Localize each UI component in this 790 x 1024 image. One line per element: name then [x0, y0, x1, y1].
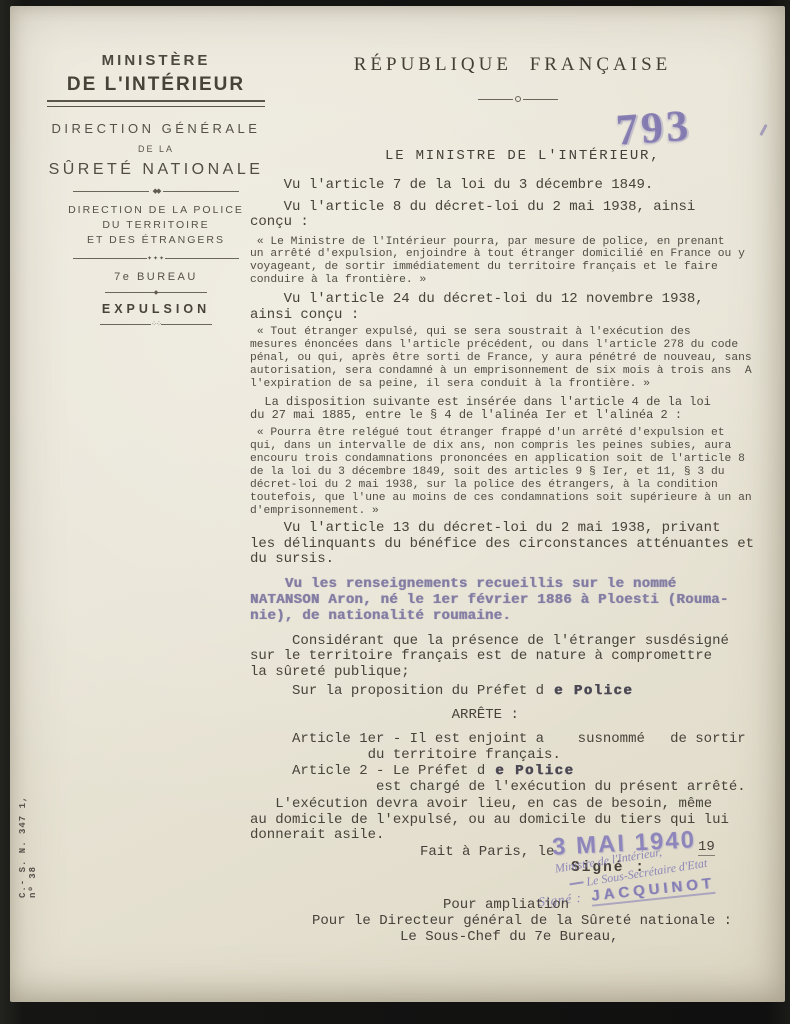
proposition-text: Sur la proposition du Préfet d — [250, 683, 544, 699]
letterhead-surete-nationale: SÛRETÉ NATIONALE — [45, 161, 267, 179]
document-body: Vu l'article 7 de la loi du 3 décembre 1… — [250, 178, 778, 844]
photo-background: C.- S. N. 347 1, nº 38 MINISTÈRE DE L'IN… — [0, 0, 790, 1024]
letterhead: MINISTÈRE DE L'INTÉRIEUR DIRECTION GÉNÉR… — [45, 52, 267, 333]
police-overstamp: e Police — [544, 683, 633, 699]
police-overstamp: e Police — [485, 763, 574, 779]
letterhead-etrangers: ET DES ÉTRANGERS — [45, 234, 267, 246]
minister-heading: LE MINISTRE DE L'INTÉRIEUR, — [385, 148, 660, 164]
paragraph-vu-art24: Vu l'article 24 du décret-loi du 12 nove… — [250, 292, 778, 323]
letterhead-bureau: 7e BUREAU — [45, 271, 267, 283]
pour-directeur: Pour le Directeur général de la Sûreté n… — [312, 913, 732, 929]
pen-mark — [759, 124, 767, 136]
letterhead-direction-generale: DIRECTION GÉNÉRALE — [45, 121, 267, 136]
article-2: Article 2 - Le Préfet d e Police est cha… — [250, 764, 778, 795]
paragraph-disposition: La disposition suivante est insérée dans… — [250, 396, 778, 423]
paragraph-considerant: Considérant que la présence de l'étrange… — [250, 634, 778, 681]
paragraph-vu-art13: Vu l'article 13 du décret-loi du 2 mai 1… — [250, 521, 778, 568]
paragraph-renseignements: Vu les renseignements recueillis sur le … — [250, 576, 778, 624]
form-reference-note: C.- S. N. 347 1, nº 38 — [18, 778, 38, 898]
letterhead-territoire: DU TERRITOIRE — [45, 219, 267, 231]
letterhead-direction-police: DIRECTION DE LA POLICE — [45, 204, 267, 216]
letterhead-interieur: DE L'INTÉRIEUR — [45, 74, 267, 96]
header-divider — [478, 96, 558, 102]
article-1: Article 1er - Il est enjoint a susnommé … — [250, 732, 778, 763]
document-page: C.- S. N. 347 1, nº 38 MINISTÈRE DE L'IN… — [10, 6, 785, 1002]
ornament-divider — [100, 320, 212, 329]
paragraph-vu-1938: Vu l'article 8 du décret-loi du 2 mai 19… — [250, 200, 778, 231]
arrete-heading: ARRÊTE : — [250, 708, 778, 724]
ornament-divider — [73, 187, 239, 196]
ornament-divider — [73, 254, 239, 263]
quote-soustrait: « Tout étranger expulsé, qui se sera sou… — [250, 326, 778, 391]
republic-title: RÉPUBLIQUE FRANÇAISE — [250, 54, 775, 76]
fait-a-paris: Fait à Paris, le — [420, 844, 554, 860]
letterhead-de-la: DE LA — [45, 144, 267, 154]
ornament-divider — [105, 288, 207, 297]
sous-chef: Le Sous-Chef du 7e Bureau, — [400, 929, 618, 945]
letterhead-ministere: MINISTÈRE — [45, 52, 267, 69]
double-rule — [47, 100, 265, 107]
pour-ampliation: Pour ampliation — [443, 897, 569, 913]
article-2-text: Article 2 - Le Préfet d — [250, 763, 485, 779]
article-2-rest: est chargé de l'exécution du présent arr… — [250, 779, 746, 795]
quote-expulsion: « Le Ministre de l'Intérieur pourra, par… — [250, 236, 778, 288]
paragraph-proposition: Sur la proposition du Préfet d e Police — [250, 684, 778, 700]
letterhead-expulsion: EXPULSION — [45, 302, 267, 316]
paragraph-vu-1849: Vu l'article 7 de la loi du 3 décembre 1… — [250, 178, 778, 194]
quote-relegue: « Pourra être relégué tout étranger frap… — [250, 427, 778, 517]
